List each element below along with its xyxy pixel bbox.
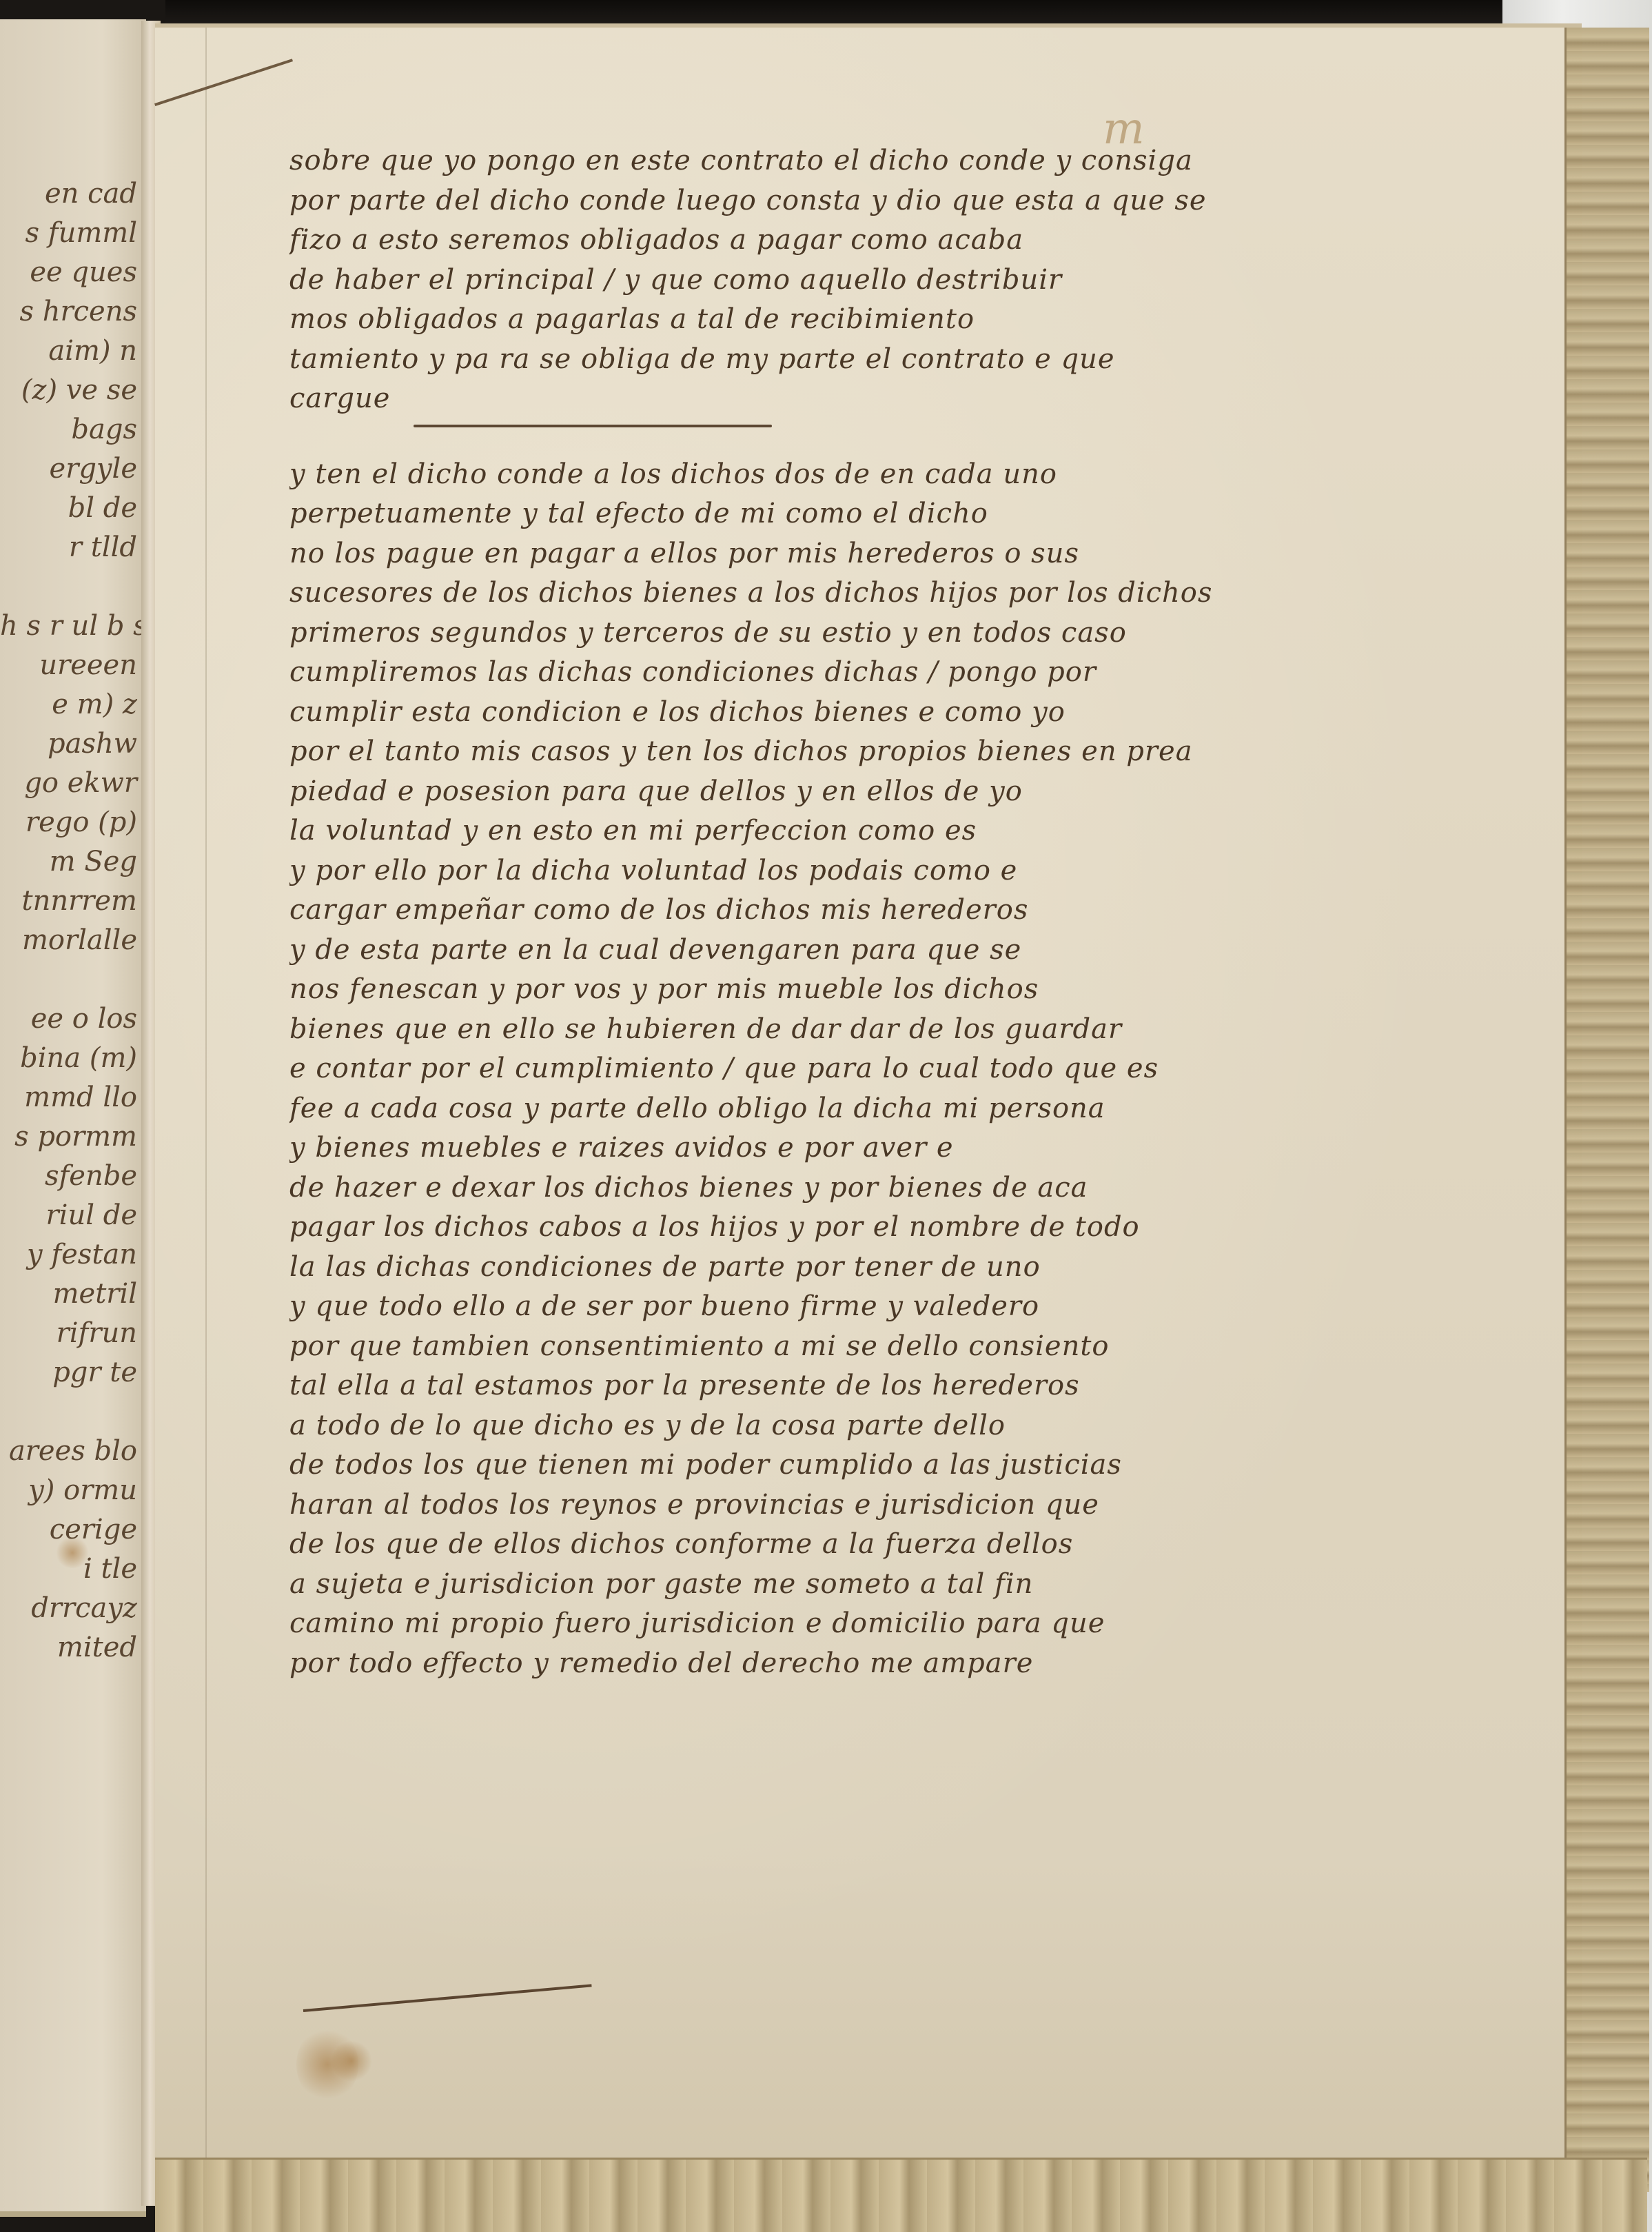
left-page-line: s fumml bbox=[0, 214, 141, 253]
manuscript-line: a sujeta e jurisdicion por gaste me some… bbox=[289, 1565, 1516, 1605]
left-page-line: r tlld bbox=[0, 528, 141, 567]
manuscript-text-block: sobre que yo pongo en este contrato el d… bbox=[289, 141, 1516, 1683]
manuscript-line: tamiento y pa ra se obliga de my parte e… bbox=[289, 340, 1516, 380]
margin-fold-line bbox=[205, 28, 207, 2158]
manuscript-line: y por ello por la dicha voluntad los pod… bbox=[289, 851, 1516, 891]
left-page-line: pgr te bbox=[0, 1353, 141, 1392]
manuscript-line: por parte del dicho conde luego consta y… bbox=[289, 181, 1516, 221]
manuscript-line: no los pague en pagar a ellos por mis he… bbox=[289, 534, 1516, 574]
manuscript-line: perpetuamente y tal efecto de mi como el… bbox=[289, 494, 1516, 534]
manuscript-line: nos fenescan y por vos y por mis mueble … bbox=[289, 970, 1516, 1010]
manuscript-line: de los que de ellos dichos conforme a la… bbox=[289, 1525, 1516, 1565]
paragraph-gap bbox=[289, 427, 1516, 455]
left-page-line: arees blo bbox=[0, 1432, 141, 1471]
left-page-line: ee o los bbox=[0, 1000, 141, 1039]
left-page-line: en cad bbox=[0, 174, 141, 214]
manuscript-line: sucesores de los dichos bienes a los dic… bbox=[289, 574, 1516, 613]
left-page-line: y festan bbox=[0, 1235, 141, 1275]
manuscript-line: por que tambien consentimiento a mi se d… bbox=[289, 1327, 1516, 1367]
manuscript-line: cargar empeñar como de los dichos mis he… bbox=[289, 891, 1516, 931]
left-page-line: rego (p) bbox=[0, 803, 141, 842]
left-page-line: h s r ul b s bbox=[0, 607, 141, 646]
manuscript-line: la las dichas condiciones de parte por t… bbox=[289, 1248, 1516, 1288]
left-page-line: pashw bbox=[0, 724, 141, 764]
left-page-line: ureeen bbox=[0, 646, 141, 685]
left-page-line: drrcayz bbox=[0, 1589, 141, 1628]
manuscript-line: primeros segundos y terceros de su estio… bbox=[289, 613, 1516, 653]
left-page-text: en cads fummlee quess hrcensaim) n(z) ve… bbox=[0, 174, 141, 1667]
left-page-line: go ekwr bbox=[0, 764, 141, 803]
left-page-line: aim) n bbox=[0, 332, 141, 371]
left-page-line bbox=[0, 960, 141, 1000]
manuscript-line: fizo a esto seremos obligados a pagar co… bbox=[289, 221, 1516, 261]
manuscript-line: la voluntad y en esto en mi perfeccion c… bbox=[289, 811, 1516, 851]
manuscript-line: de todos los que tienen mi poder cumplid… bbox=[289, 1445, 1516, 1485]
manuscript-line: haran al todos los reynos e provincias e… bbox=[289, 1485, 1516, 1525]
manuscript-line: y ten el dicho conde a los dichos dos de… bbox=[289, 455, 1516, 495]
manuscript-line: a todo de lo que dicho es y de la cosa p… bbox=[289, 1406, 1516, 1446]
left-page-line: bags bbox=[0, 410, 141, 449]
left-page-line: ee ques bbox=[0, 253, 141, 292]
left-page-line: s pormm bbox=[0, 1117, 141, 1157]
left-page-line: (z) ve se bbox=[0, 371, 141, 410]
left-page-line: e m) z bbox=[0, 685, 141, 724]
manuscript-line: pagar los dichos cabos a los hijos y por… bbox=[289, 1208, 1516, 1248]
manuscript-line: por todo effecto y remedio del derecho m… bbox=[289, 1644, 1516, 1684]
manuscript-line: cumplir esta condicion e los dichos bien… bbox=[289, 693, 1516, 733]
manuscript-line: camino mi propio fuero jurisdicion e dom… bbox=[289, 1604, 1516, 1644]
left-page-line: s hrcens bbox=[0, 292, 141, 332]
left-page-line: sfenbe bbox=[0, 1157, 141, 1196]
scan-background-top bbox=[165, 0, 1652, 25]
left-page-line: rifrun bbox=[0, 1314, 141, 1353]
manuscript-line: fee a cada cosa y parte dello obligo la … bbox=[289, 1089, 1516, 1129]
left-page-line: bina (m) bbox=[0, 1039, 141, 1078]
manuscript-line: por el tanto mis casos y ten los dichos … bbox=[289, 732, 1516, 772]
left-page-line: m Seg bbox=[0, 842, 141, 882]
left-page-line: ergyle bbox=[0, 449, 141, 489]
left-page-line bbox=[0, 567, 141, 607]
left-page-line: mited bbox=[0, 1628, 141, 1667]
manuscript-line: de haber el principal / y que como aquel… bbox=[289, 261, 1516, 301]
manuscript-line: mos obligados a pagarlas a tal de recibi… bbox=[289, 300, 1516, 340]
ink-stain bbox=[55, 1537, 90, 1568]
page-edges-bottom bbox=[155, 2158, 1647, 2232]
left-page-line: metril bbox=[0, 1275, 141, 1314]
manuscript-line: cumpliremos las dichas condiciones dicha… bbox=[289, 653, 1516, 693]
paragraph: sobre que yo pongo en este contrato el d… bbox=[289, 141, 1516, 427]
page-edges-right bbox=[1564, 28, 1649, 2192]
manuscript-line: y que todo ello a de ser por bueno firme… bbox=[289, 1287, 1516, 1327]
left-page-line: morlalle bbox=[0, 921, 141, 960]
left-page-line: mmd llo bbox=[0, 1078, 141, 1117]
manuscript-line: cargue bbox=[289, 379, 1516, 419]
manuscript-line: e contar por el cumplimiento / que para … bbox=[289, 1049, 1516, 1089]
manuscript-scene: en cads fummlee quess hrcensaim) n(z) ve… bbox=[0, 0, 1652, 2232]
manuscript-line: bienes que en ello se hubieren de dar da… bbox=[289, 1010, 1516, 1050]
left-page-line: tnnrrem bbox=[0, 882, 141, 921]
left-verso-page: en cads fummlee quess hrcensaim) n(z) ve… bbox=[0, 19, 146, 2217]
manuscript-line: y bienes muebles e raizes avidos e por a… bbox=[289, 1128, 1516, 1168]
manuscript-line: de hazer e dexar los dichos bienes y por… bbox=[289, 1168, 1516, 1208]
left-page-line: bl de bbox=[0, 489, 141, 528]
manuscript-line: y de esta parte en la cual devengaren pa… bbox=[289, 931, 1516, 971]
left-page-line: riul de bbox=[0, 1196, 141, 1235]
left-page-line bbox=[0, 1392, 141, 1432]
paragraph: y ten el dicho conde a los dichos dos de… bbox=[289, 455, 1516, 1684]
manuscript-line: piedad e posesion para que dellos y en e… bbox=[289, 772, 1516, 812]
ink-stain bbox=[331, 2040, 372, 2082]
manuscript-line: tal ella a tal estamos por la presente d… bbox=[289, 1366, 1516, 1406]
manuscript-line: sobre que yo pongo en este contrato el d… bbox=[289, 141, 1516, 181]
left-page-line: y) ormu bbox=[0, 1471, 141, 1510]
